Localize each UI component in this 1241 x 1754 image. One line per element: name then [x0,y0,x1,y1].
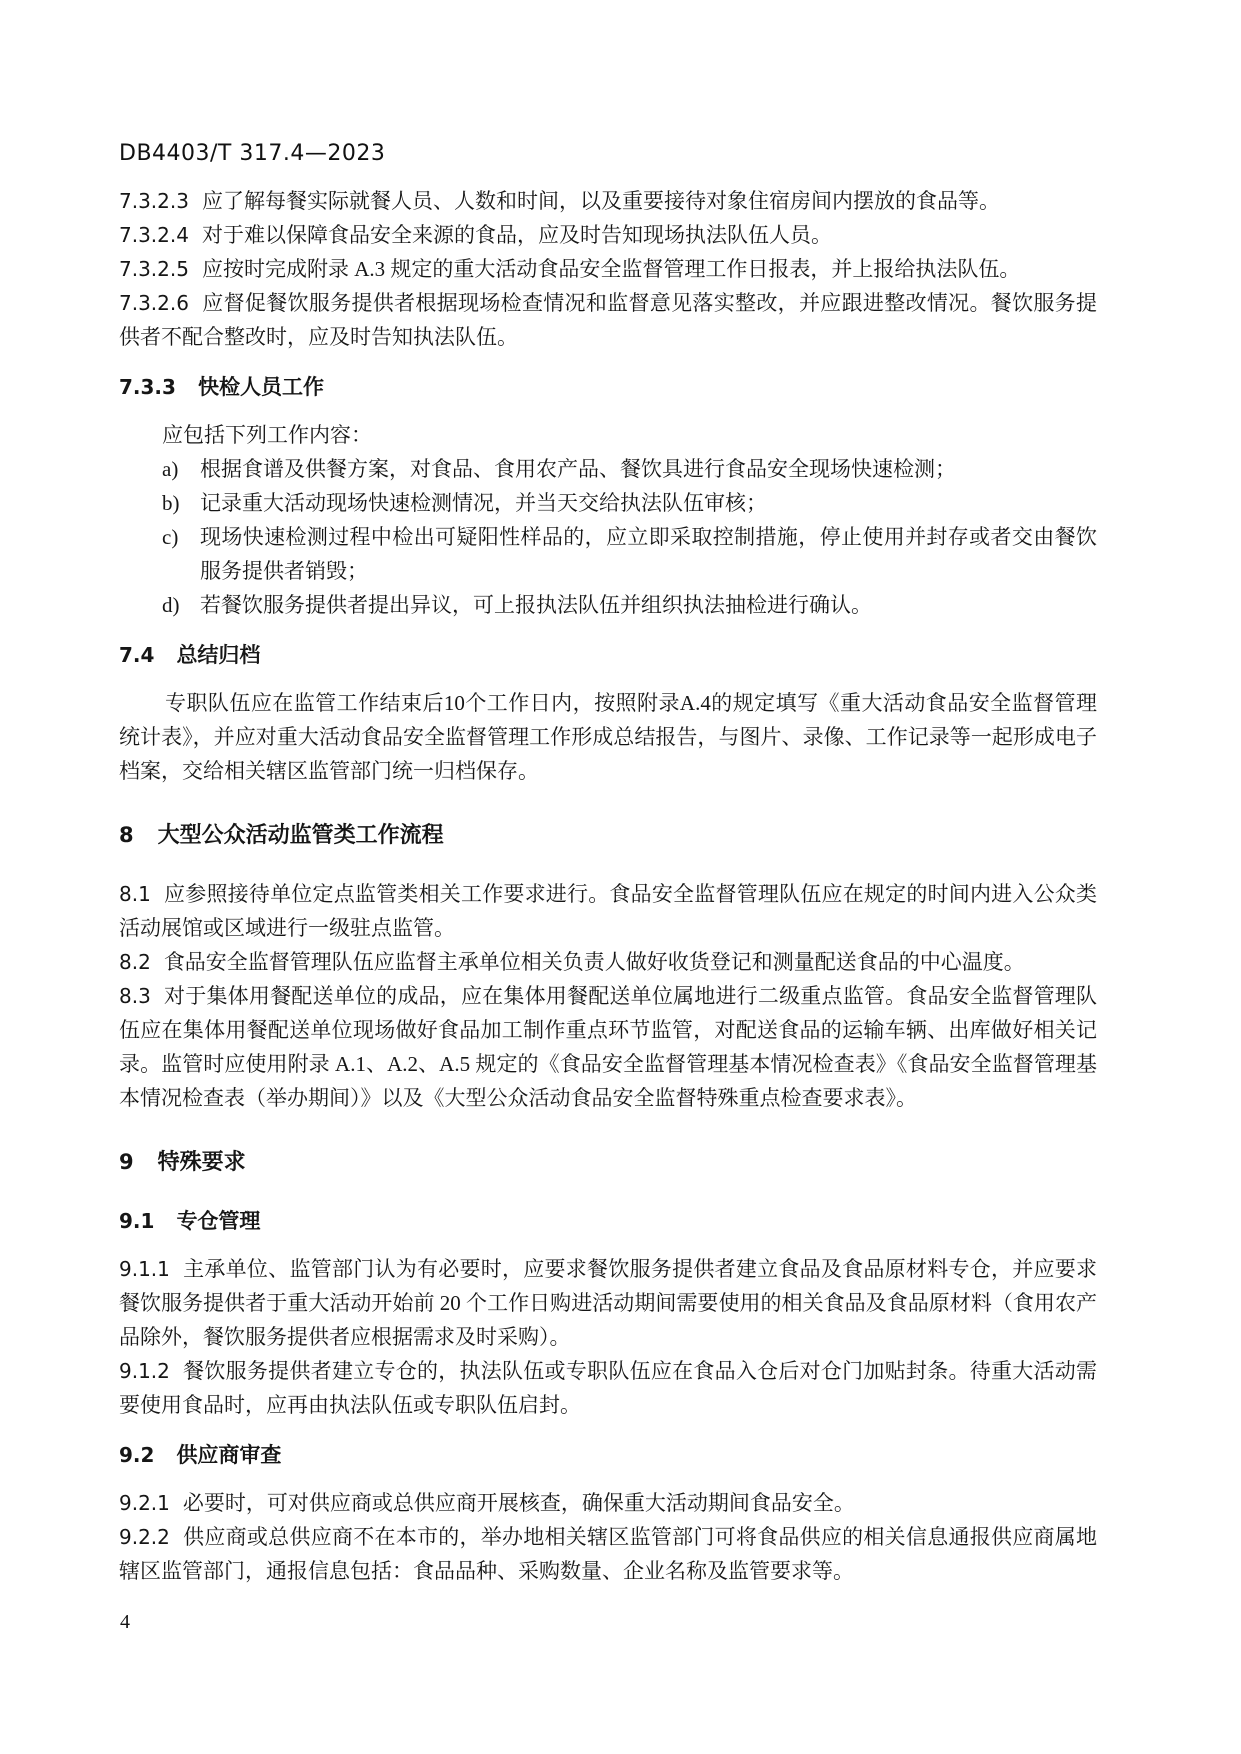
clause-7-3-2-6: 7.3.2.6应督促餐饮服务提供者根据现场检查情况和监督意见落实整改，并应跟进整… [119,286,1097,354]
list-item-text: 记录重大活动现场快速检测情况，并当天交给执法队伍审核； [200,486,1097,520]
section-number: 8 [119,823,158,847]
clause-number: 7.3.2.4 [119,223,202,247]
clause-text: 应督促餐饮服务提供者根据现场检查情况和监督意见落实整改，并应跟进整改情况。餐饮服… [119,291,1097,349]
heading-number: 7.3.3 [119,375,198,399]
clause-number: 8.2 [119,950,164,974]
clause-9-2-1: 9.2.1必要时，可对供应商或总供应商开展核查，确保重大活动期间食品安全。 [119,1486,1097,1520]
heading-text: 快检人员工作 [198,375,324,399]
clause-number: 9.1.2 [119,1359,183,1383]
section-9: 9特殊要求 [119,1145,1097,1180]
clause-text: 应按时完成附录 A.3 规定的重大活动食品安全监督管理工作日报表，并上报给执法队… [202,257,1020,281]
clause-number: 9.1.1 [119,1257,183,1281]
clause-number: 9.2.2 [119,1525,183,1549]
heading-text: 专仓管理 [176,1209,260,1233]
clause-text: 主承单位、监管部门认为有必要时，应要求餐饮服务提供者建立食品及食品原材料专仓，并… [119,1257,1097,1349]
clause-text: 应参照接待单位定点监管类相关工作要求进行。食品安全监督管理队伍应在规定的时间内进… [119,882,1097,940]
document-header: DB4403/T 317.4—2023 [119,142,1097,166]
list-marker: c) [162,520,200,588]
section-8: 8大型公众活动监管类工作流程 [119,818,1097,853]
heading-number: 7.4 [119,643,176,667]
section-title: 大型公众活动监管类工作流程 [158,823,444,848]
standard-code: DB4403/T 317.4—2023 [119,141,385,166]
clause-text: 必要时，可对供应商或总供应商开展核查，确保重大活动期间食品安全。 [183,1491,855,1515]
heading-number: 9.1 [119,1209,176,1233]
heading-text: 总结归档 [176,643,260,667]
list-marker: b) [162,486,200,520]
clause-text: 应了解每餐实际就餐人员、人数和时间，以及重要接待对象住宿房间内摆放的食品等。 [202,189,1000,213]
list-item-text: 若餐饮服务提供者提出异议，可上报执法队伍并组织执法抽检进行确认。 [200,588,1097,622]
clause-9-1-2: 9.1.2餐饮服务提供者建立专仓的，执法队伍或专职队伍应在食品入仓后对仓门加贴封… [119,1354,1097,1422]
list-item-text: 现场快速检测过程中检出可疑阳性样品的，应立即采取控制措施，停止使用并封存或者交由… [200,520,1097,588]
clause-number: 7.3.2.5 [119,257,202,281]
list-item-text: 根据食谱及供餐方案，对食品、食用农产品、餐饮具进行食品安全现场快速检测； [200,452,1097,486]
clause-7-3-2-4: 7.3.2.4对于难以保障食品安全来源的食品，应及时告知现场执法队伍人员。 [119,218,1097,252]
page-footer: 4 [120,1608,130,1636]
clause-8-3: 8.3对于集体用餐配送单位的成品，应在集体用餐配送单位属地进行二级重点监管。食品… [119,979,1097,1115]
clause-text: 对于集体用餐配送单位的成品，应在集体用餐配送单位属地进行二级重点监管。食品安全监… [119,984,1097,1110]
clause-text: 供应商或总供应商不在本市的，举办地相关辖区监管部门可将食品供应的相关信息通报供应… [119,1525,1097,1583]
clause-9-1-1: 9.1.1主承单位、监管部门认为有必要时，应要求餐饮服务提供者建立食品及食品原材… [119,1252,1097,1354]
list-item-c: c)现场快速检测过程中检出可疑阳性样品的，应立即采取控制措施，停止使用并封存或者… [119,520,1097,588]
heading-number: 9.2 [119,1443,176,1467]
list-marker: a) [162,452,200,486]
list-intro: 应包括下列工作内容： [119,418,1097,452]
heading-7-4: 7.4总结归档 [119,638,1097,672]
heading-7-3-3: 7.3.3快检人员工作 [119,370,1097,404]
document-body: 7.3.2.3应了解每餐实际就餐人员、人数和时间，以及重要接待对象住宿房间内摆放… [119,184,1097,1588]
clause-7-3-2-3: 7.3.2.3应了解每餐实际就餐人员、人数和时间，以及重要接待对象住宿房间内摆放… [119,184,1097,218]
section-number: 9 [119,1150,158,1174]
clause-number: 7.3.2.6 [119,291,202,315]
paragraph-archiving: 专职队伍应在监管工作结束后10个工作日内，按照附录A.4的规定填写《重大活动食品… [119,686,1097,788]
clause-number: 9.2.1 [119,1491,183,1515]
list-item-d: d)若餐饮服务提供者提出异议，可上报执法队伍并组织执法抽检进行确认。 [119,588,1097,622]
clause-9-2-2: 9.2.2供应商或总供应商不在本市的，举办地相关辖区监管部门可将食品供应的相关信… [119,1520,1097,1588]
clause-number: 7.3.2.3 [119,189,202,213]
clause-text: 食品安全监督管理队伍应监督主承单位相关负责人做好收货登记和测量配送食品的中心温度… [164,950,1025,974]
list-item-b: b)记录重大活动现场快速检测情况，并当天交给执法队伍审核； [119,486,1097,520]
list-marker: d) [162,588,200,622]
clause-number: 8.3 [119,984,164,1008]
list-item-a: a)根据食谱及供餐方案，对食品、食用农产品、餐饮具进行食品安全现场快速检测； [119,452,1097,486]
clause-text: 餐饮服务提供者建立专仓的，执法队伍或专职队伍应在食品入仓后对仓门加贴封条。待重大… [119,1359,1097,1417]
section-title: 特殊要求 [158,1150,246,1175]
clause-7-3-2-5: 7.3.2.5应按时完成附录 A.3 规定的重大活动食品安全监督管理工作日报表，… [119,252,1097,286]
page-number: 4 [120,1611,130,1633]
clause-text: 对于难以保障食品安全来源的食品，应及时告知现场执法队伍人员。 [202,223,832,247]
clause-8-2: 8.2食品安全监督管理队伍应监督主承单位相关负责人做好收货登记和测量配送食品的中… [119,945,1097,979]
clause-8-1: 8.1应参照接待单位定点监管类相关工作要求进行。食品安全监督管理队伍应在规定的时… [119,877,1097,945]
standard-document-page: DB4403/T 317.4—2023 7.3.2.3应了解每餐实际就餐人员、人… [0,0,1241,1754]
heading-9-1: 9.1专仓管理 [119,1204,1097,1238]
clause-number: 8.1 [119,882,164,906]
heading-9-2: 9.2供应商审查 [119,1438,1097,1472]
heading-text: 供应商审查 [176,1443,281,1467]
